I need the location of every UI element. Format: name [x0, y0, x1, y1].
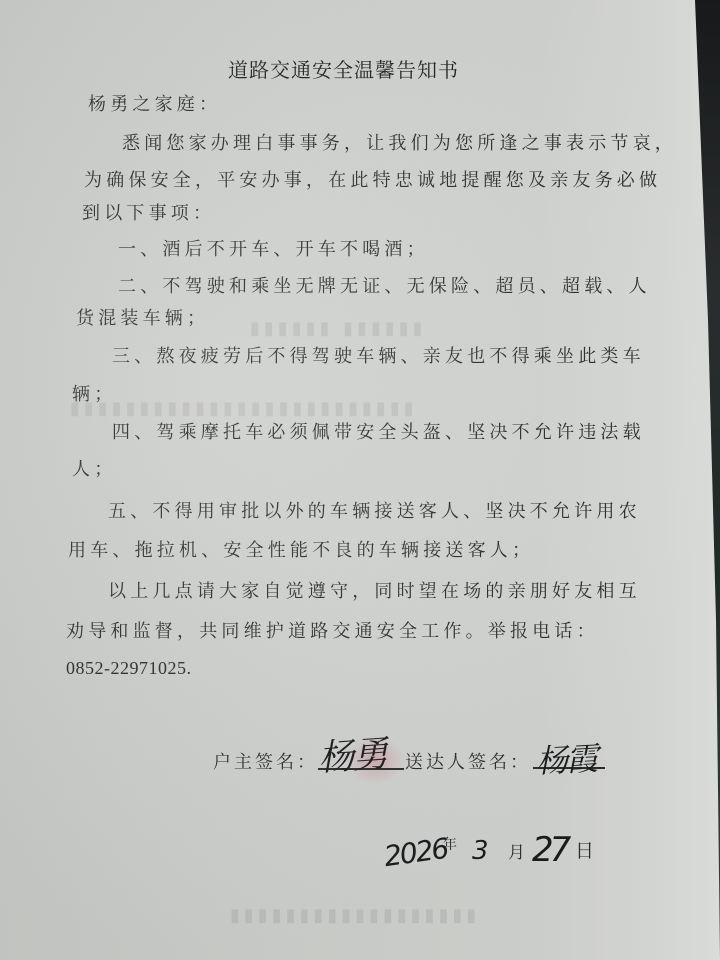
deliverer-signature-label: 送达人签名： [405, 748, 531, 774]
householder-signature-line [318, 768, 404, 770]
item-5-line-2: 用车、拖拉机、安全性能不良的车辆接送客人； [68, 536, 534, 562]
red-ink-smudge [345, 735, 405, 785]
show-through-text: ▮▮▮▮▮▮▮▮▮▮▮▮▮▮▮▮▮▮▮▮▮▮▮▮▮ [70, 398, 418, 419]
paper-sheet: ▮▮▮▮▮▮ ▮▮▮▮▮▮ ▮▮▮▮▮▮▮▮▮▮▮▮▮▮▮▮▮▮▮▮▮▮▮▮▮ … [0, 0, 720, 960]
item-2-line-2: 货混装车辆； [76, 304, 209, 330]
householder-signature: 杨勇 [316, 726, 387, 782]
deliverer-signature-line [533, 767, 605, 769]
document-title: 道路交通安全温馨告知书 [228, 54, 459, 83]
deliverer-signature: 杨霞 [535, 733, 597, 782]
item-4-line-1: 四、驾乘摩托车必须佩带安全头盔、坚决不允许违法载 [112, 418, 645, 444]
date-month: 3 [472, 836, 489, 866]
item-3-line-2: 辆； [72, 380, 116, 406]
date-year: 2026 [382, 832, 449, 873]
intro-line-3: 到以下事项： [82, 199, 215, 225]
closing-line-1: 以上几点请大家自觉遵守，同时望在场的亲朋好友相互 [108, 577, 641, 603]
item-5-line-1: 五、不得用审批以外的车辆接送客人、坚决不允许用农 [108, 497, 641, 523]
date-day-unit: 日 [575, 836, 594, 863]
item-4-line-2: 人； [72, 455, 116, 481]
closing-line-2: 劝导和监督，共同维护道路交通安全工作。举报电话： [66, 617, 599, 643]
show-through-text: ▮▮▮▮▮▮▮▮▮▮▮▮▮▮▮▮▮▮ [230, 905, 480, 926]
intro-line-1: 悉闻您家办理白事事务，让我们为您所逢之事表示节哀， [122, 129, 677, 155]
date-year-unit: 年 [443, 834, 457, 854]
report-phone-number: 0852-22971025. [66, 658, 192, 679]
householder-signature-label: 户主签名： [213, 748, 318, 774]
show-through-text: ▮▮▮▮▮▮ ▮▮▮▮▮▮ [250, 318, 427, 339]
date-day: 27 [532, 830, 567, 870]
salutation: 杨勇之家庭： [88, 90, 221, 116]
item-3-line-1: 三、熬夜疲劳后不得驾驶车辆、亲友也不得乘坐此类车 [112, 342, 645, 368]
date-month-unit: 月 [508, 838, 525, 863]
item-1: 一、酒后不开车、开车不喝酒； [118, 235, 429, 261]
item-2-line-1: 二、不驾驶和乘坐无牌无证、无保险、超员、超载、人 [118, 272, 651, 298]
intro-line-2: 为确保安全，平安办事，在此特忠诚地提醒您及亲友务必做 [84, 166, 661, 192]
